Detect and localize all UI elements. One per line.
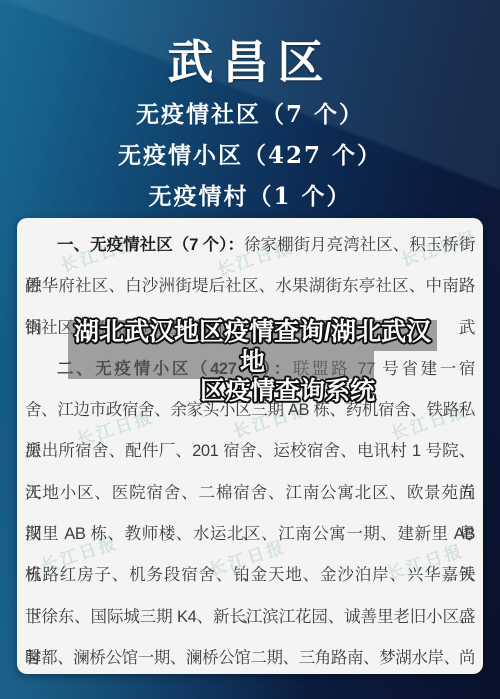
text-line: 世徐东、国际城三期 K4、新长江滨江花园、诚善里老旧小区、时尚 <box>25 597 475 638</box>
line-text: 馨都、澜桥公馆一期、澜桥公馆二期、三角路南、梦湖水岸、 <box>25 649 460 667</box>
text-line: 机路红房子、机务段宿舍、铂金天地、金沙泊岸、兴华嘉天下、盛 <box>25 555 475 596</box>
document-panel: 长江日报 长江日报 长江日报 长江日报 长江日报 长江日报 长江日报 长江日报 … <box>17 218 483 674</box>
text-line: 派出所宿舍、配件厂、201 宿舍、运校宿舍、电讯村 1 号院、江尚 <box>25 431 475 472</box>
caption-line-2: 区疫情查询系统 <box>138 377 437 407</box>
caption-line-1: 湖北武汉地区疫情查询/湖北武汉地 <box>68 318 437 377</box>
text-line: 汉里 AB 栋、教师楼、水运北区、江南公寓一期、建新里 AB 栋、铁 <box>25 514 475 555</box>
panel-text: 一、无疫情社区（7 个）：徐家棚街月亮湾社区、积玉桥街融侨华府社区、白沙洲街堤后… <box>25 225 475 679</box>
stat-communities: 无疫情社区（7 个） <box>0 94 500 135</box>
stat-residential-areas: 无疫情小区（427 个） <box>0 135 500 176</box>
text-line: 馨都、澜桥公馆一期、澜桥公馆二期、三角路南、梦湖水岸、 <box>25 638 475 679</box>
line-heading: 一、无疫情社区（7 个）： <box>57 236 244 254</box>
overlay-caption: 湖北武汉地区疫情查询/湖北武汉地 区疫情查询系统 <box>68 318 437 407</box>
text-line: 侨华府社区、白沙洲街堤后社区、水果湖街东亭社区、中南路街武 <box>25 266 475 307</box>
stat-villages: 无疫情村（1 个） <box>0 176 500 217</box>
district-title: 武昌区 <box>0 26 500 92</box>
text-line: 天地小区、医院宿舍、二棉宿舍、江南公寓北区、欧景苑五期、粤 <box>25 473 475 514</box>
district-stats: 无疫情社区（7 个） 无疫情小区（427 个） 无疫情村（1 个） <box>0 94 500 217</box>
text-line: 一、无疫情社区（7 个）：徐家棚街月亮湾社区、积玉桥街融 <box>25 225 475 266</box>
